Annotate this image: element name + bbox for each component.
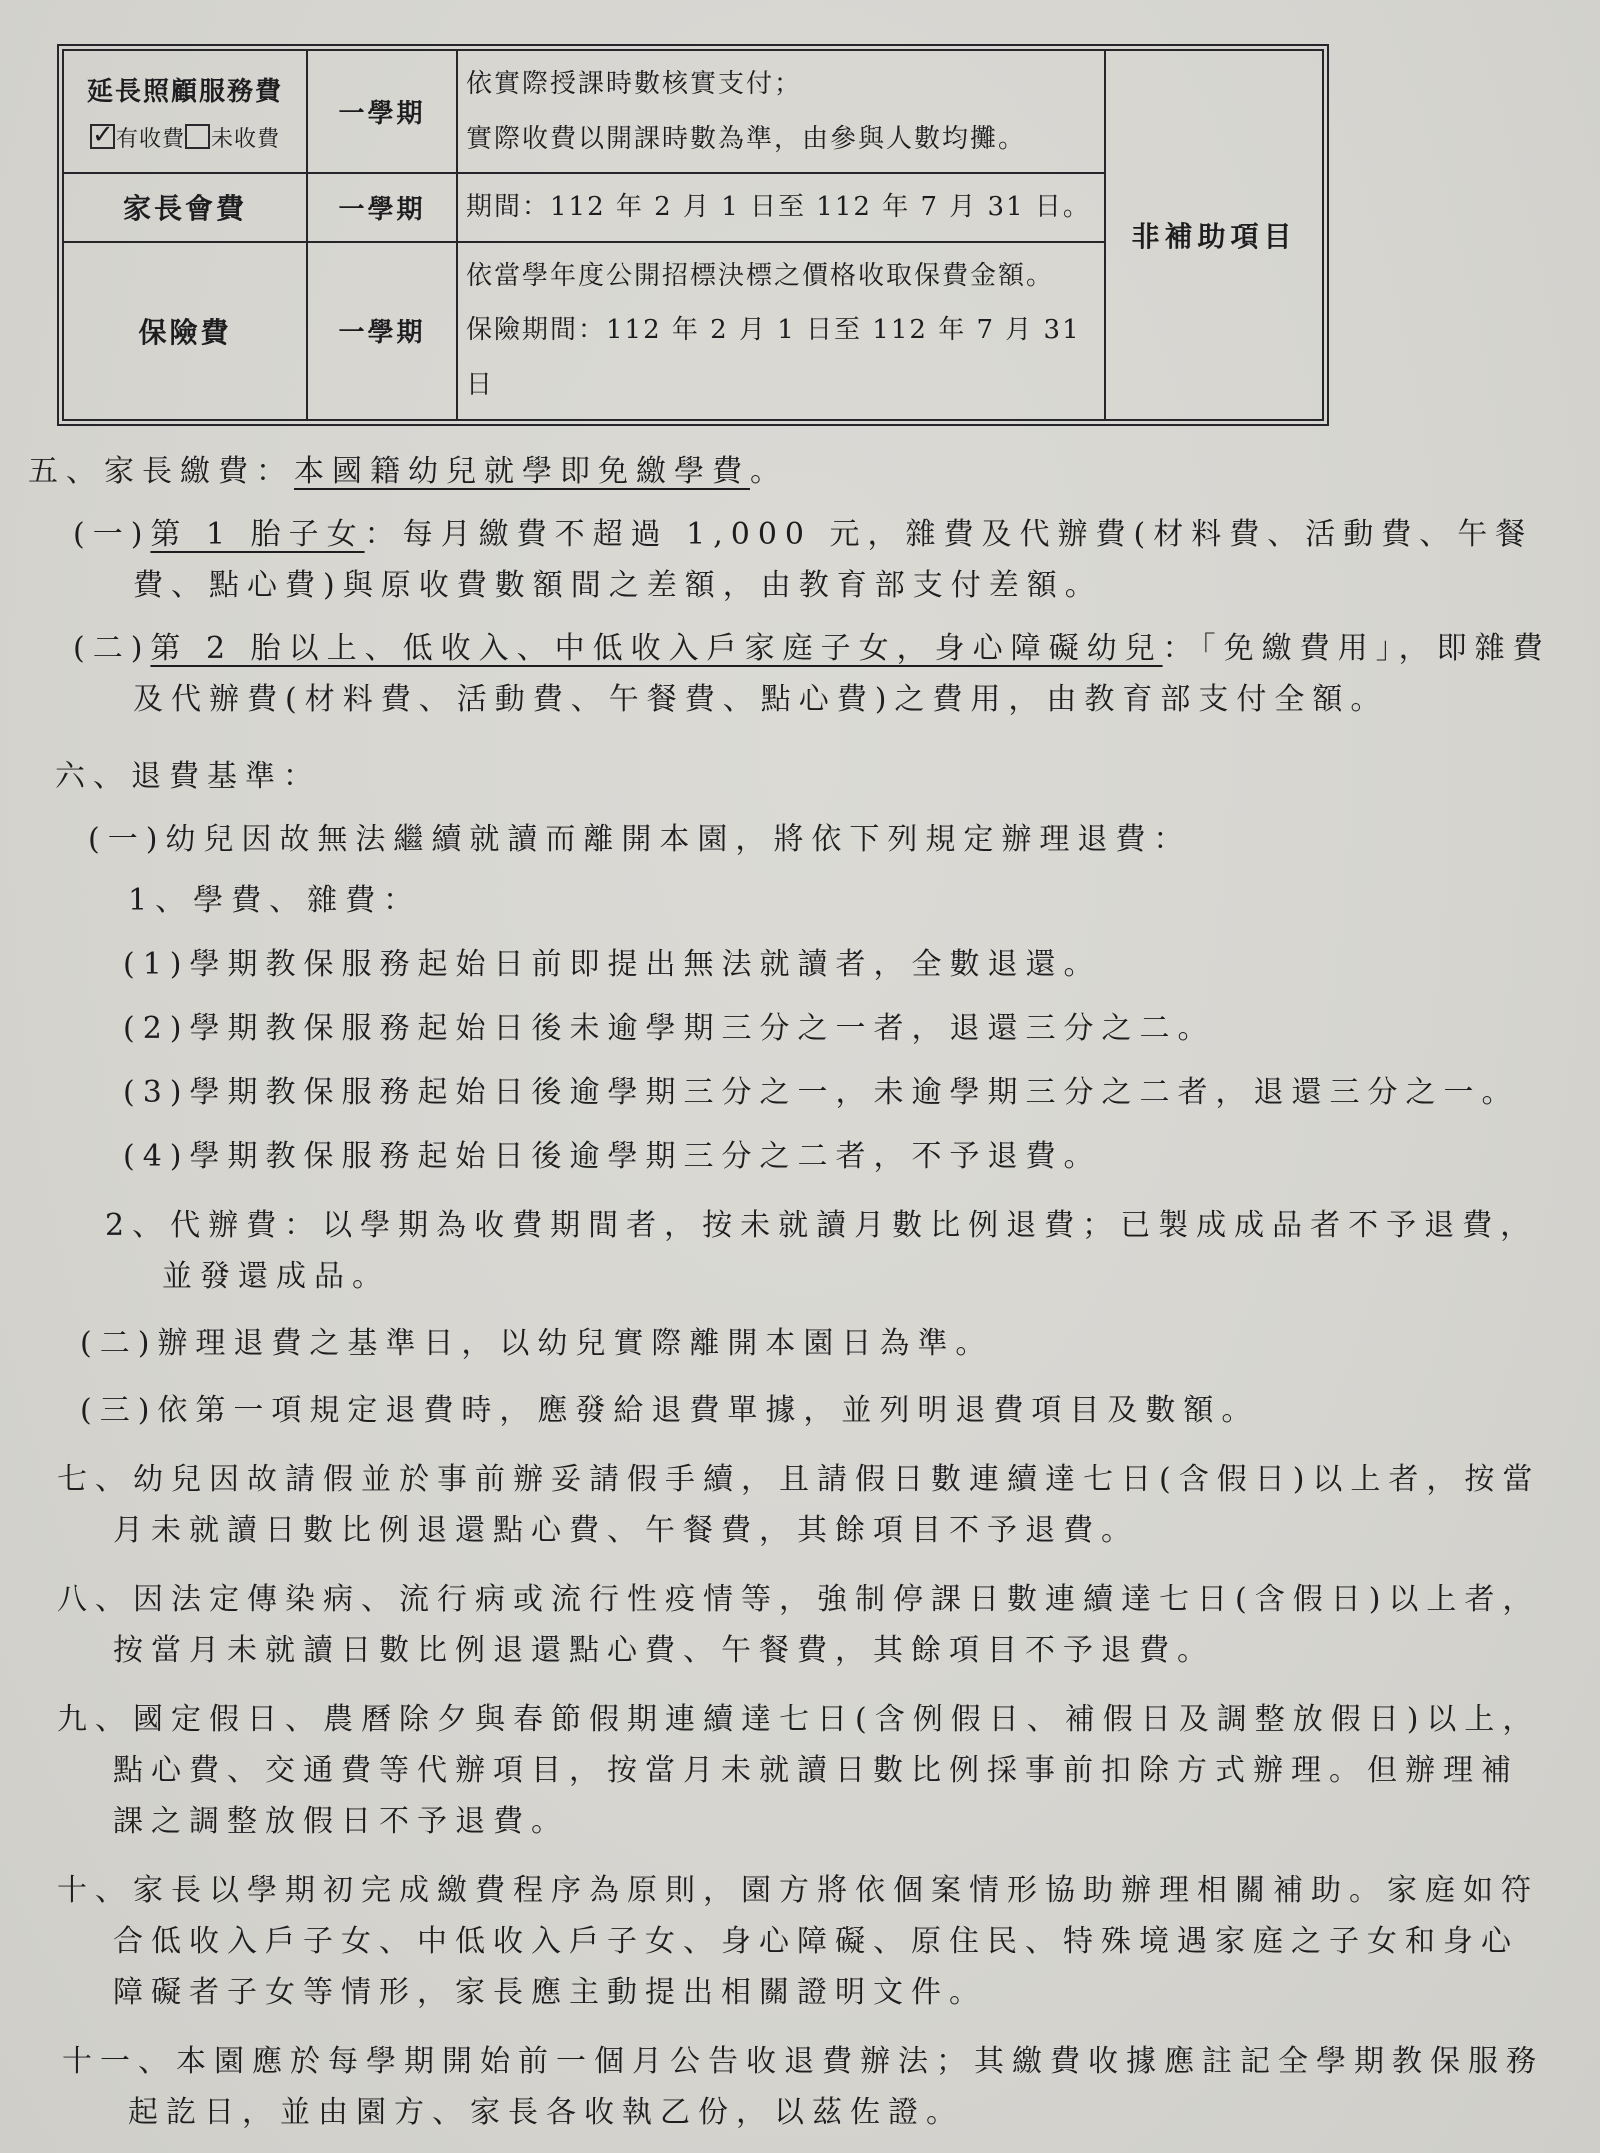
fee-period: 一學期	[307, 173, 457, 242]
text: 六、退費基準：	[55, 759, 321, 794]
paragraph: (二)第 2 胎以上、低收入、中低收入戶家庭子女，身心障礙幼兒：「免繳費用」，即…	[0, 623, 1552, 725]
paragraph: (三)依第一項規定退費時，應發給退費單據，並列明退費項目及數額。	[0, 1385, 1552, 1436]
text: 。	[750, 454, 788, 489]
paragraph: 十一、本園應於每學期開始前一個月公告收退費辦法；其繳費收據應註記全學期教保服務起…	[0, 2036, 1552, 2138]
text: 七、幼兒因故請假並於事前辦妥請假手續，且請假日數連續達七日(含假日)以上者，按當…	[57, 1462, 1540, 1548]
paragraph: 十、家長以學期初完成繳費程序為原則，園方將依個案情形協助辦理相關補助。家庭如符合…	[0, 1865, 1552, 2018]
text: (4)學期教保服務起始日後逾學期三分之二者，不予退費。	[123, 1139, 1102, 1174]
fee-desc-line: 期間：112 年 2 月 1 日至 112 年 7 月 31 日。	[466, 180, 1096, 235]
text: 十一、本園應於每學期開始前一個月公告收退費辦法；其繳費收據應註記全學期教保服務起…	[62, 2044, 1544, 2130]
text: (二)	[73, 631, 150, 666]
fee-desc-line: 依當學年度公開招標決標之價格收取保費金額。	[466, 249, 1096, 304]
paragraph: (3)學期教保服務起始日後逾學期三分之一，未逾學期三分之二者，退還三分之一。	[0, 1067, 1552, 1118]
paragraph: 七、幼兒因故請假並於事前辦妥請假手續，且請假日數連續達七日(含假日)以上者，按當…	[0, 1454, 1552, 1556]
paragraph: 1、學費、雜費：	[0, 875, 1552, 926]
underlined-text: 第 2 胎以上、低收入、中低收入戶家庭子女，身心障礙幼兒	[150, 631, 1162, 666]
text: 八、因法定傳染病、流行病或流行性疫情等，強制停課日數連續達七日(含假日)以上者，…	[57, 1582, 1540, 1668]
fee-checkboxes: 有收費未收費	[72, 122, 298, 153]
paragraph: 五、家長繳費：本國籍幼兒就學即免繳學費。	[0, 446, 1552, 497]
paragraph: (2)學期教保服務起始日後未逾學期三分之一者，退還三分之二。	[0, 1003, 1552, 1054]
fee-name: 保險費	[72, 311, 298, 351]
text: (一)	[73, 517, 150, 552]
text: (3)學期教保服務起始日後逾學期三分之一，未逾學期三分之二者，退還三分之一。	[123, 1075, 1520, 1110]
checkbox-unchecked-icon	[185, 124, 210, 149]
fee-desc-line: 保險期間：112 年 2 月 1 日至 112 年 7 月 31 日	[466, 303, 1096, 412]
underlined-text: 本國籍幼兒就學即免繳學費	[294, 454, 750, 489]
text: (1)學期教保服務起始日前即提出無法就讀者，全數退還。	[123, 947, 1102, 982]
text: 十、家長以學期初完成繳費程序為原則，園方將依個案情形協助辦理相關補助。家庭如符合…	[57, 1873, 1539, 2010]
fee-name: 家長會費	[72, 187, 298, 227]
text: 九、國定假日、農曆除夕與春節假期連續達七日(含例假日、補假日及調整放假日)以上，…	[57, 1702, 1540, 1839]
text: (三)依第一項規定退費時，應發給退費單據，並列明退費項目及數額。	[80, 1393, 1259, 1428]
paragraph: 九、國定假日、農曆除夕與春節假期連續達七日(含例假日、補假日及調整放假日)以上，…	[0, 1694, 1552, 1847]
scanned-document-page: 延長照顧服務費 有收費未收費 一學期 依實際授課時數核實支付； 實際收費以開課時…	[0, 0, 1600, 2153]
text: 2、代辦費：以學期為收費期間者，按未就讀月數比例退費；已製成成品者不予退費，並發…	[105, 1208, 1538, 1294]
paragraph: 八、因法定傳染病、流行病或流行性疫情等，強制停課日數連續達七日(含假日)以上者，…	[0, 1574, 1552, 1676]
document-body: 五、家長繳費：本國籍幼兒就學即免繳學費。(一)第 1 胎子女：每月繳費不超過 1…	[0, 446, 1552, 2138]
fee-period: 一學期	[307, 242, 457, 420]
paragraph: (一)第 1 胎子女：每月繳費不超過 1,000 元，雜費及代辦費(材料費、活動…	[0, 509, 1552, 611]
table-row: 延長照顧服務費 有收費未收費 一學期 依實際授課時數核實支付； 實際收費以開課時…	[63, 50, 1323, 173]
paragraph: (1)學期教保服務起始日前即提出無法就讀者，全數退還。	[0, 939, 1552, 990]
paragraph: 六、退費基準：	[0, 751, 1552, 802]
fee-desc-line: 依實際授課時數核實支付；	[466, 57, 1096, 112]
text: (2)學期教保服務起始日後未逾學期三分之一者，退還三分之二。	[123, 1011, 1216, 1046]
checkbox-checked-label: 有收費	[116, 127, 185, 152]
paragraph: (一)幼兒因故無法繼續就讀而離開本園，將依下列規定辦理退費：	[0, 814, 1552, 865]
text: (一)幼兒因故無法繼續就讀而離開本園，將依下列規定辦理退費：	[88, 822, 1191, 857]
subsidy-label: 非補助項目	[1105, 50, 1323, 420]
text: (二)辦理退費之基準日，以幼兒實際離開本園日為準。	[80, 1326, 993, 1361]
underlined-text: 第 1 胎子女	[150, 517, 364, 552]
paragraph: (二)辦理退費之基準日，以幼兒實際離開本園日為準。	[0, 1318, 1552, 1369]
paragraph: 2、代辦費：以學期為收費期間者，按未就讀月數比例退費；已製成成品者不予退費，並發…	[0, 1200, 1552, 1302]
checkbox-unchecked-label: 未收費	[211, 127, 280, 152]
paragraph: (4)學期教保服務起始日後逾學期三分之二者，不予退費。	[0, 1131, 1552, 1182]
fee-period: 一學期	[307, 50, 457, 173]
fee-desc-line: 實際收費以開課時數為準，由參與人數均攤。	[466, 112, 1096, 167]
fee-table: 延長照顧服務費 有收費未收費 一學期 依實際授課時數核實支付； 實際收費以開課時…	[57, 44, 1329, 426]
text: 1、學費、雜費：	[128, 883, 421, 918]
fee-name: 延長照顧服務費	[72, 71, 298, 108]
text: 五、家長繳費：	[28, 454, 294, 489]
checkbox-checked-icon	[90, 124, 115, 149]
